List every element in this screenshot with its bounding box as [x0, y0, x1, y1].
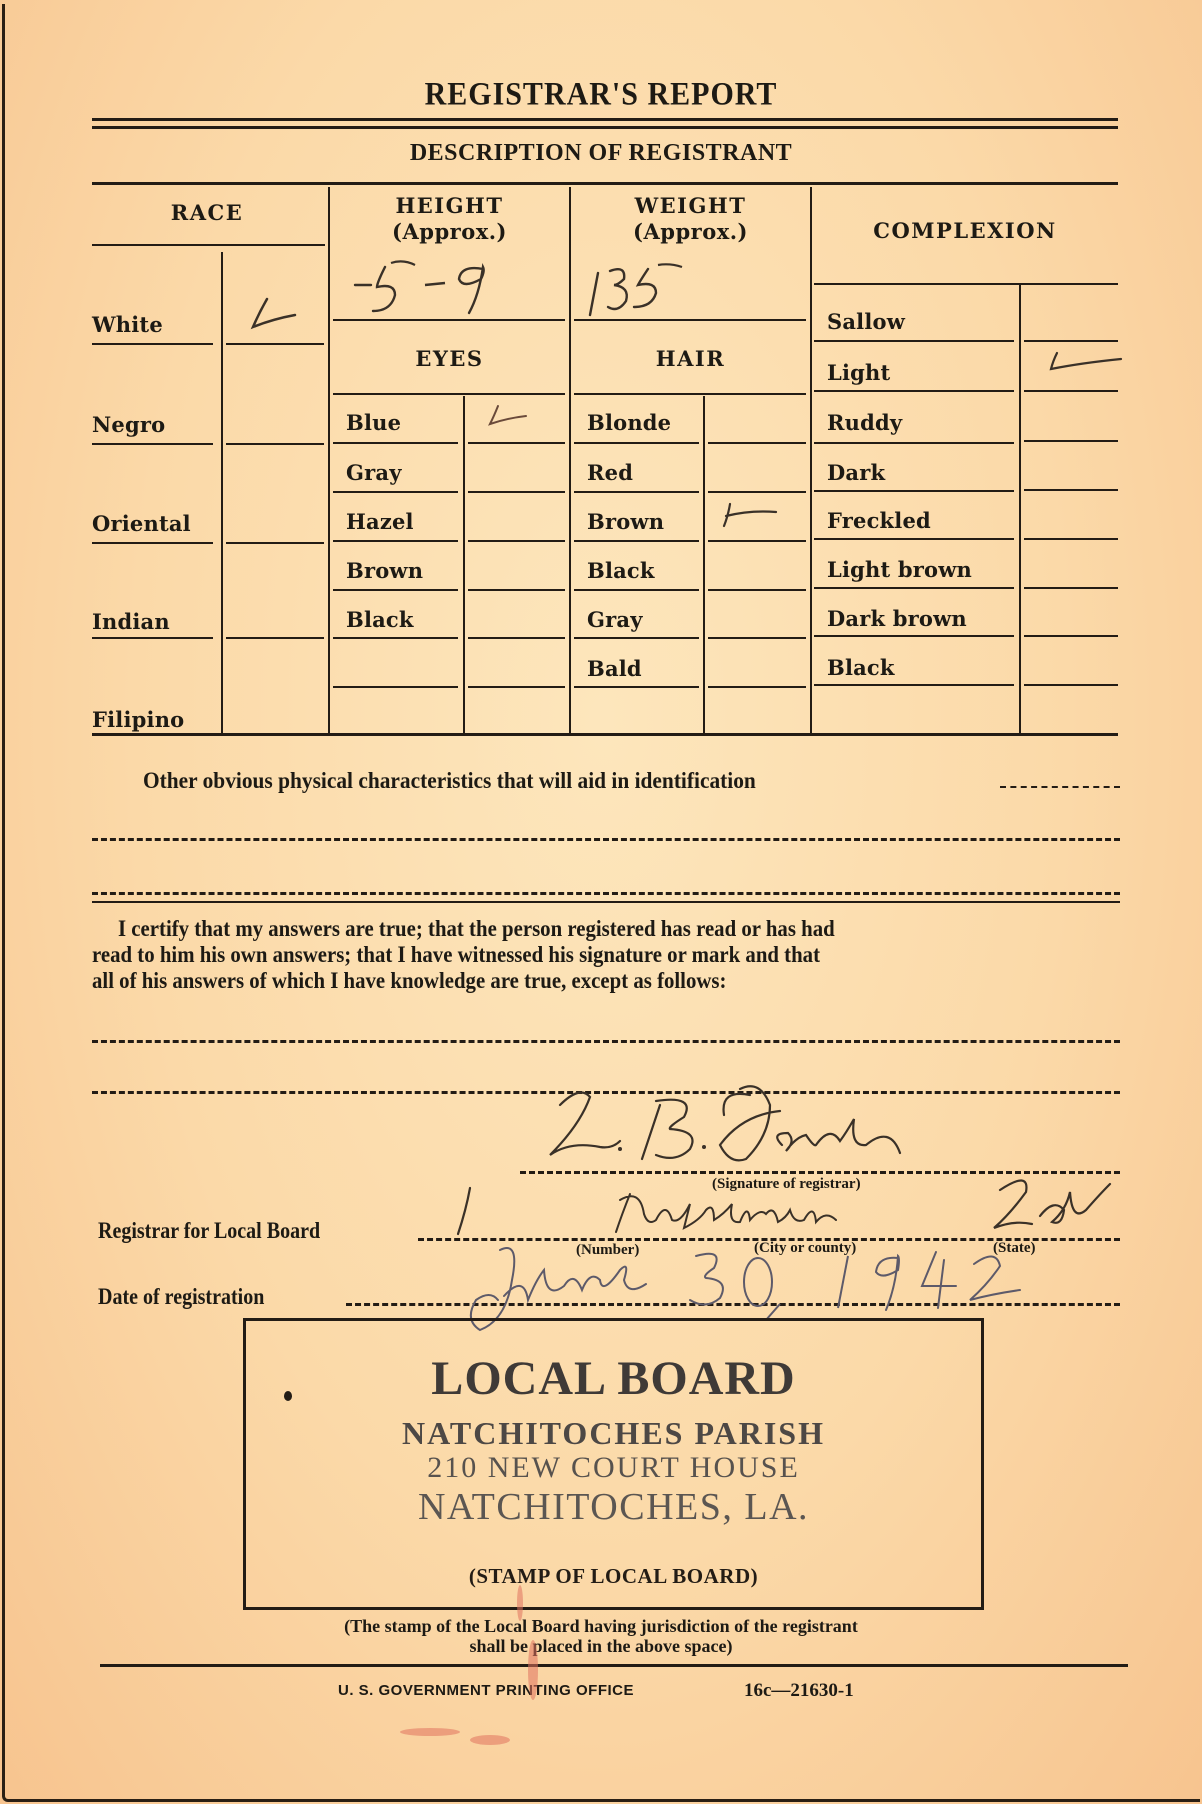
local-board-number-field[interactable]: 1 [440, 1180, 580, 1240]
eyes-option-black: Black [346, 607, 414, 632]
row-rule [1024, 538, 1118, 540]
printer-credit: U. S. GOVERNMENT PRINTING OFFICE [338, 1682, 634, 1699]
complexion-option-light-brown: Light brown [827, 557, 972, 582]
weight-header: WEIGHT [571, 193, 810, 219]
complexion-ruddy-checkbox[interactable] [1021, 393, 1118, 439]
row-rule [708, 589, 806, 591]
row-rule [814, 684, 1014, 686]
stamp-note-line-1: (The stamp of the Local Board having jur… [0, 1616, 1202, 1636]
local-board-label: Registrar for Local Board [98, 1218, 320, 1243]
row-rule [92, 343, 213, 345]
race-header: RACE [92, 200, 322, 226]
stamp-line-3: 210 NEW COURT HOUSE [246, 1451, 981, 1485]
row-rule [814, 283, 1118, 285]
eyes-gray-checkbox[interactable] [466, 445, 564, 489]
row-rule [333, 319, 565, 321]
eyes-header: EYES [330, 346, 569, 372]
complexion-freckled-checkbox[interactable] [1021, 492, 1118, 538]
title-rule-top [92, 118, 1118, 121]
other-characteristics-label: Other obvious physical characteristics t… [143, 768, 756, 793]
red-mark [470, 1735, 510, 1745]
row-rule [468, 637, 565, 639]
local-board-state-field[interactable]: La [980, 1170, 1120, 1240]
footer-rule [100, 1664, 1128, 1667]
table-bottom-rule [92, 733, 1118, 736]
hair-gray-checkbox[interactable] [706, 592, 806, 636]
row-rule [333, 393, 565, 395]
row-rule [708, 442, 806, 444]
row-rule [333, 491, 458, 493]
hair-option-bald: Bald [587, 656, 642, 681]
hair-option-blonde: Blonde [587, 410, 671, 435]
hair-header: HAIR [571, 346, 810, 372]
row-rule [814, 538, 1014, 540]
race-oriental-checkbox[interactable] [223, 446, 325, 541]
height-approx: (Approx.) [330, 219, 569, 245]
complexion-dark-checkbox[interactable] [1021, 443, 1118, 489]
race-option-filipino: Filipino [92, 707, 184, 732]
certification-line-2: read to him his own answers; that I have… [92, 942, 820, 967]
complexion-option-ruddy: Ruddy [827, 410, 902, 435]
col-divider [569, 187, 571, 735]
red-mark [400, 1728, 460, 1736]
race-indian-checkbox[interactable] [223, 545, 325, 635]
stamp-caption: (STAMP OF LOCAL BOARD) [246, 1564, 981, 1589]
row-rule [1024, 587, 1118, 589]
row-rule [1024, 489, 1118, 491]
row-rule [814, 490, 1014, 492]
complexion-dark-brown-checkbox[interactable] [1021, 590, 1118, 636]
red-mark [528, 1640, 538, 1700]
complexion-option-black: Black [827, 655, 895, 680]
hair-option-gray: Gray [587, 607, 643, 632]
eyes-hazel-checkbox[interactable] [466, 494, 564, 538]
race-option-white: White [92, 312, 163, 337]
row-rule [333, 442, 458, 444]
hair-brown-checkbox[interactable] [706, 494, 806, 538]
race-option-oriental: Oriental [92, 511, 191, 536]
row-rule [814, 587, 1014, 589]
registrar-signature-field[interactable]: L. B. Dowl [520, 1075, 960, 1170]
col-divider [810, 187, 812, 735]
red-mark [517, 1585, 523, 1621]
exceptions-line-1[interactable] [92, 1040, 1120, 1043]
row-rule [574, 442, 699, 444]
row-rule [574, 491, 699, 493]
height-header: HEIGHT [330, 193, 569, 219]
row-rule [1024, 684, 1118, 686]
registration-date-label: Date of registration [98, 1284, 264, 1309]
other-characteristics-field[interactable] [1000, 786, 1120, 788]
race-option-indian: Indian [92, 609, 170, 634]
stamp-line-4: NATCHITOCHES, LA. [246, 1485, 981, 1529]
row-rule [814, 442, 1014, 444]
row-rule [333, 589, 458, 591]
certification-line-1: I certify that my answers are true; that… [118, 916, 835, 941]
signature-handwriting [520, 1075, 960, 1170]
row-rule [92, 443, 213, 445]
row-rule [574, 589, 699, 591]
eyes-brown-checkbox[interactable] [466, 543, 564, 587]
race-negro-checkbox[interactable] [223, 346, 325, 441]
weight-field[interactable]: 135 [574, 255, 806, 317]
page-title: REGISTRAR'S REPORT [0, 77, 1202, 114]
row-rule [333, 637, 458, 639]
other-characteristics-line-2[interactable] [92, 838, 1120, 841]
complexion-header: COMPLEXION [812, 218, 1118, 244]
hair-option-brown: Brown [587, 509, 664, 534]
weight-handwriting [574, 255, 806, 317]
row-rule [226, 343, 324, 345]
row-rule [814, 340, 1014, 342]
height-field[interactable]: 5-9 [333, 255, 565, 317]
row-rule [1024, 440, 1118, 442]
check-mark-icon [466, 398, 564, 440]
col-divider [703, 396, 705, 735]
form-number: 16c—21630-1 [744, 1680, 854, 1702]
row-rule [1024, 340, 1118, 342]
col-divider [463, 396, 465, 735]
row-rule [574, 319, 806, 321]
row-rule [226, 637, 324, 639]
eyes-option-gray: Gray [346, 460, 402, 485]
table-top-rule [92, 182, 1118, 185]
weight-approx: (Approx.) [571, 219, 810, 245]
eyes-option-brown: Brown [346, 558, 423, 583]
stamp-note-line-2: shall be placed in the above space) [0, 1636, 1202, 1656]
row-rule [468, 442, 565, 444]
complexion-option-freckled: Freckled [827, 508, 931, 533]
local-board-city-handwriting [610, 1180, 910, 1240]
row-rule [574, 637, 699, 639]
other-characteristics-line-3[interactable] [92, 892, 1120, 895]
check-mark-icon [1021, 343, 1131, 389]
hair-black-checkbox[interactable] [706, 543, 806, 587]
complexion-option-dark-brown: Dark brown [827, 606, 967, 631]
eyes-black-checkbox[interactable] [466, 592, 564, 636]
complexion-option-light: Light [827, 360, 890, 385]
row-rule [92, 637, 213, 639]
race-option-negro: Negro [92, 412, 165, 437]
ink-dot [284, 1391, 292, 1401]
hair-option-black: Black [587, 558, 655, 583]
row-rule [708, 540, 806, 542]
row-rule [468, 540, 565, 542]
col-divider [328, 187, 330, 735]
eyes-option-hazel: Hazel [346, 509, 414, 534]
row-rule [92, 542, 213, 544]
local-board-state-handwriting [980, 1170, 1120, 1240]
eyes-option-blue: Blue [346, 410, 401, 435]
complexion-option-sallow: Sallow [827, 309, 905, 334]
hair-blonde-checkbox[interactable] [706, 398, 806, 440]
row-rule [333, 540, 458, 542]
row-rule [226, 443, 324, 445]
row-rule [468, 589, 565, 591]
row-rule [226, 542, 324, 544]
certification-line-3: all of his answers of which I have knowl… [92, 968, 726, 993]
race-white-checkbox[interactable] [223, 285, 325, 341]
hair-bald-checkbox[interactable] [706, 641, 806, 685]
row-rule [708, 637, 806, 639]
hair-red-checkbox[interactable] [706, 445, 806, 489]
stamp-area: LOCAL BOARD NATCHITOCHES PARISH 210 NEW … [243, 1318, 984, 1610]
eyes-blue-checkbox[interactable] [466, 398, 564, 440]
stamp-line-1: LOCAL BOARD [246, 1351, 981, 1406]
row-rule [574, 393, 806, 395]
section-subtitle: DESCRIPTION OF REGISTRANT [0, 140, 1202, 167]
check-mark-icon [706, 494, 806, 538]
row-rule [1024, 390, 1118, 392]
row-rule [468, 686, 565, 688]
local-board-number-handwriting [440, 1180, 580, 1240]
row-rule [814, 390, 1014, 392]
check-mark-icon [223, 285, 325, 341]
height-handwriting [333, 255, 565, 317]
complexion-option-dark: Dark [827, 460, 885, 485]
row-rule [574, 540, 699, 542]
row-rule [708, 491, 806, 493]
row-rule [333, 686, 458, 688]
local-board-city-field[interactable]: Natchitoches [610, 1180, 910, 1240]
row-rule [468, 491, 565, 493]
complexion-sallow-checkbox[interactable] [1021, 287, 1118, 339]
row-rule [814, 635, 1014, 637]
hair-option-red: Red [587, 460, 633, 485]
race-filipino-checkbox[interactable] [223, 640, 325, 732]
complexion-light-checkbox[interactable] [1021, 343, 1131, 389]
row-rule [708, 686, 806, 688]
row-rule [574, 686, 699, 688]
complexion-light-brown-checkbox[interactable] [1021, 541, 1118, 587]
stamp-line-2: NATCHITOCHES PARISH [246, 1415, 981, 1452]
title-rule-bottom [92, 126, 1118, 129]
complexion-black-checkbox[interactable] [1021, 638, 1118, 684]
section-rule [92, 901, 1120, 903]
row-rule [92, 244, 325, 246]
